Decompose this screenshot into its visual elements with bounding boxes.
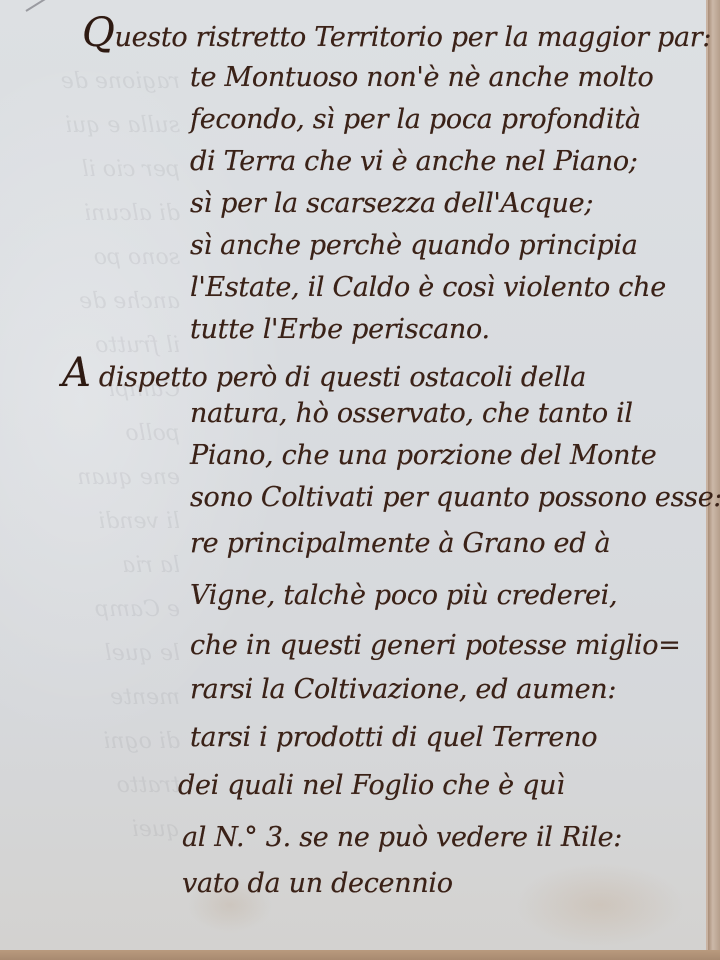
initial-capital: A	[62, 350, 91, 396]
manuscript-line: Questo ristretto Territorio per la maggi…	[82, 10, 711, 56]
page-edge-right	[708, 0, 720, 960]
manuscript-line: dei quali nel Foglio che è quì	[178, 770, 565, 801]
manuscript-line: l'Estate, il Caldo è così violento che	[190, 272, 666, 303]
manuscript-line: A dispetto però di questi ostacoli della	[62, 350, 586, 396]
manuscript-line: sì per la scarsezza dell'Acque;	[190, 188, 593, 219]
manuscript-line: tarsi i prodotti di quel Terreno	[190, 722, 597, 753]
manuscript-line: vato da un decennio	[182, 868, 453, 899]
manuscript-line: re principalmente à Grano ed à	[190, 528, 610, 559]
manuscript-line: al N.° 3. se ne può vedere il Rile:	[182, 822, 622, 853]
manuscript-line: rarsi la Coltivazione, ed aumen:	[190, 674, 616, 705]
manuscript-line: fecondo, sì per la poca profondità	[190, 104, 641, 135]
manuscript-line: Piano, che una porzione del Monte	[190, 440, 656, 471]
manuscript-line: natura, hò osservato, che tanto il	[190, 398, 633, 429]
manuscript-line: sì anche perchè quando principia	[190, 230, 638, 261]
manuscript-line: che in questi generi potesse miglio=	[190, 630, 681, 661]
manuscript-line: di Terra che vi è anche nel Piano;	[190, 146, 638, 177]
manuscript-line: te Montuoso non'è nè anche molto	[190, 62, 653, 93]
page-edge-bottom	[0, 950, 720, 960]
manuscript-line: sono Coltivati per quanto possono esse:	[190, 482, 720, 513]
manuscript-line: tutte l'Erbe periscano.	[190, 314, 490, 345]
initial-capital: Q	[82, 10, 115, 56]
manuscript-text: Questo ristretto Territorio per la maggi…	[0, 0, 708, 950]
manuscript-line: Vigne, talchè poco più crederei,	[190, 580, 617, 611]
